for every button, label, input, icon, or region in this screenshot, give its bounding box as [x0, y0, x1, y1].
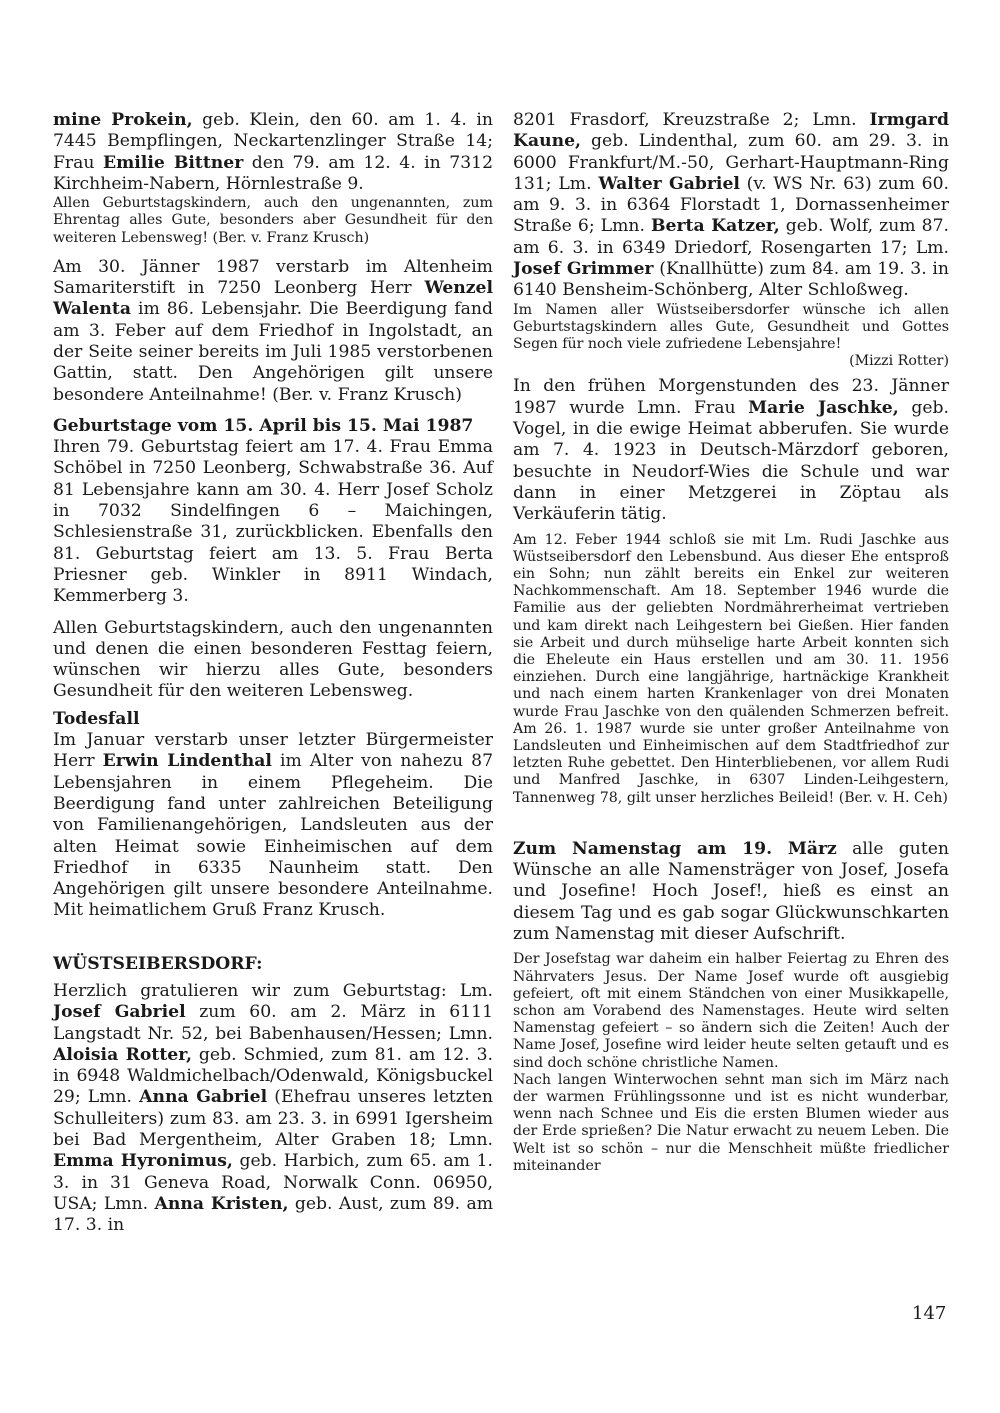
bold-name: Irmgard Kaune, — [513, 110, 949, 151]
birthday-list-continued: mine Prokein, geb. Klein, den 60. am 1. … — [53, 110, 493, 195]
birthday-wishes-note: Allen Geburtstagskindern, auch den ungen… — [53, 195, 493, 247]
document-page: mine Prokein, geb. Klein, den 60. am 1. … — [0, 0, 1000, 1413]
bold-name: Josef Grimmer — [513, 259, 654, 279]
bold-name: Anna Kristen, — [155, 1194, 289, 1214]
signature: (Mizzi Rotter) — [849, 353, 949, 370]
bold-name: mine Prokein, — [53, 110, 193, 130]
bold-name: Walter Gabriel — [598, 174, 740, 194]
nameday-article: Zum Namenstag am 19. März alle guten Wün… — [513, 839, 949, 945]
birthday-list-continued-right: 8201 Frasdorf, Kreuzstraße 2; Lmn. Irmga… — [513, 110, 949, 302]
wishes-text: Im Namen aller Wüstseibersdorfer wünsche… — [513, 302, 949, 354]
wishes-mizzi-rotter: Im Namen aller Wüstseibersdorfer wünsche… — [513, 302, 949, 371]
birthday-greeting: Allen Geburtstagskindern, auch den ungen… — [53, 618, 493, 703]
obituary-jaschke-intro: In den frühen Morgenstunden des 23. Jänn… — [513, 376, 949, 525]
bold-name: Erwin Lindenthal — [103, 751, 272, 771]
bold-name: Zum Namenstag am 19. März — [513, 839, 837, 859]
right-column: 8201 Frasdorf, Kreuzstraße 2; Lmn. Irmga… — [513, 110, 949, 1175]
spring-paragraph: Nach langen Winterwochen sehnt man sich … — [513, 1072, 949, 1175]
wuestseibersdorf-birthdays: Herzlich gratulieren wir zum Geburtstag:… — [53, 981, 493, 1237]
place-heading-wuestseibersdorf: WÜSTSEIBERSDORF: — [53, 954, 493, 975]
obituary-jaschke-details: Am 12. Feber 1944 schloß sie mit Lm. Rud… — [513, 532, 949, 807]
obituary-lindenthal: Im Januar verstarb unser letzter Bürgerm… — [53, 730, 493, 922]
death-heading: Todesfall — [53, 709, 493, 730]
bold-name: Marie Jaschke, — [748, 398, 899, 418]
bold-name: Emma Hyronimus, — [53, 1151, 233, 1171]
bold-name: Aloisia Rotter, — [53, 1045, 192, 1065]
bold-name: Josef Gabriel — [53, 1002, 186, 1022]
left-column: mine Prokein, geb. Klein, den 60. am 1. … — [53, 110, 493, 1237]
bold-name: Wenzel Walenta — [53, 278, 493, 319]
birthdays-april-may: Ihren 79. Geburtstag feiert am 17. 4. Fr… — [53, 437, 493, 607]
josefstag-paragraph: Der Josefstag war daheim ein halber Feie… — [513, 951, 949, 1071]
birthdays-heading: Geburtstage vom 15. April bis 15. Mai 19… — [53, 416, 493, 437]
bold-name: Berta Katzer, — [651, 216, 780, 236]
bold-name: Emilie Bittner — [103, 153, 243, 173]
page-number: 147 — [912, 1303, 946, 1324]
obituary-walenta: Am 30. Jänner 1987 verstarb im Altenheim… — [53, 257, 493, 406]
signature-line: (Mizzi Rotter) — [513, 353, 949, 370]
bold-name: Anna Gabriel — [139, 1087, 267, 1107]
